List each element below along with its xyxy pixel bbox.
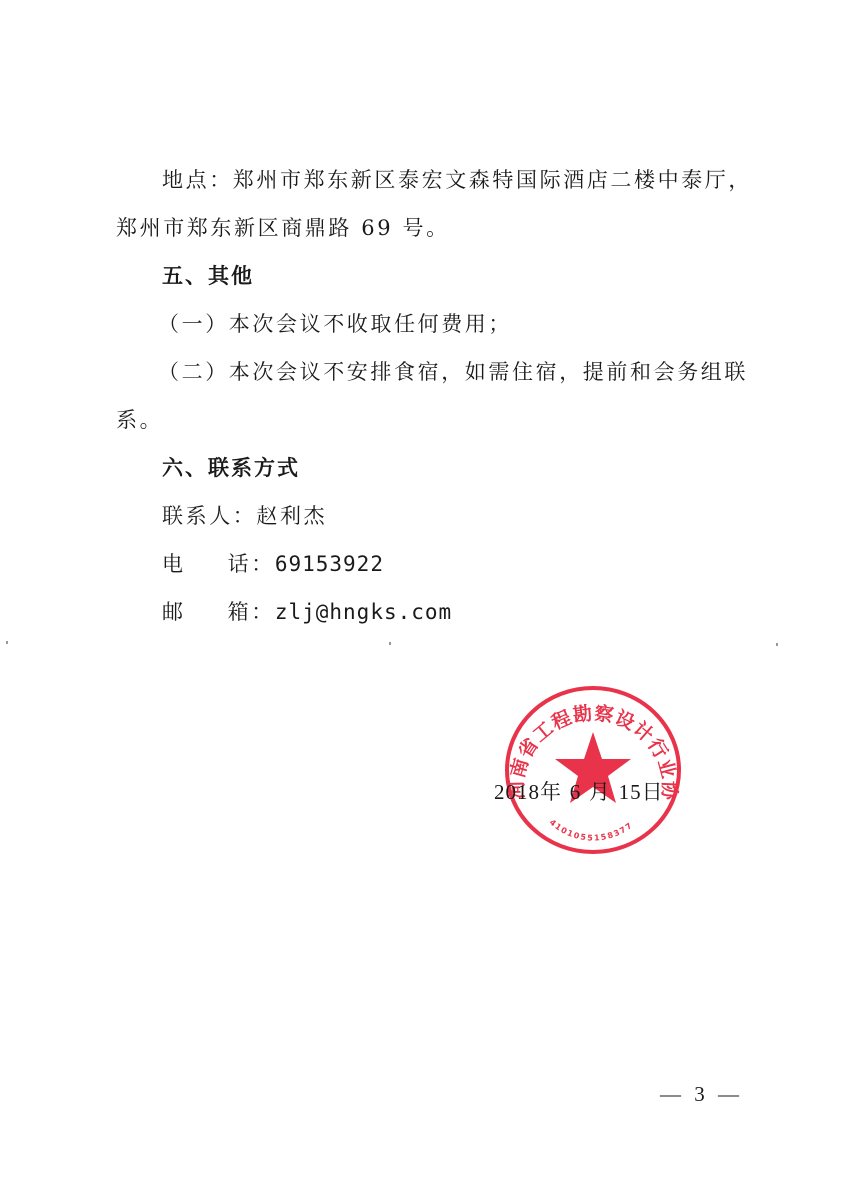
signature-date: 2018年 6 月 15日 bbox=[494, 776, 664, 806]
date-month-char: 月 bbox=[589, 780, 611, 804]
date-day: 15 bbox=[619, 780, 642, 804]
page-number: — 3 — bbox=[660, 1082, 743, 1107]
date-year: 2018 bbox=[494, 780, 540, 804]
scan-speck bbox=[389, 642, 391, 645]
section-5-item-2: （二）本次会议不安排食宿，如需住宿，提前和会务组联 bbox=[158, 362, 748, 383]
date-year-char: 年 bbox=[540, 780, 562, 804]
section-6-heading: 六、联系方式 bbox=[162, 458, 300, 479]
section-5-heading: 五、其他 bbox=[162, 266, 254, 287]
contact-name: 赵利杰 bbox=[256, 504, 327, 528]
location-line-2: 郑州市郑东新区商鼎路 69 号。 bbox=[116, 218, 450, 239]
email-line: 邮箱：zlj@hngks.com bbox=[162, 602, 452, 623]
location-line-1: 地点：郑州市郑东新区泰宏文森特国际酒店二楼中泰厅， bbox=[162, 170, 752, 191]
phone-label-a: 电 bbox=[162, 552, 186, 576]
contact-label: 联系人： bbox=[162, 504, 256, 528]
phone-number: 69153922 bbox=[275, 552, 384, 576]
phone-line: 电话：69153922 bbox=[162, 554, 384, 575]
contact-person-line: 联系人：赵利杰 bbox=[162, 506, 327, 527]
official-seal-icon: 河南省工程勘察设计行业协会 4101055158377 bbox=[503, 684, 683, 856]
email-label-a: 邮 bbox=[162, 600, 186, 624]
date-month: 6 bbox=[570, 780, 582, 804]
date-day-char: 日 bbox=[642, 780, 664, 804]
section-5-item-1: （一）本次会议不收取任何费用； bbox=[158, 314, 512, 335]
section-5-item-2-continuation: 系。 bbox=[116, 410, 163, 431]
scan-speck bbox=[6, 641, 8, 644]
email-address: zlj@hngks.com bbox=[275, 600, 452, 624]
phone-label-b: 话： bbox=[228, 552, 275, 576]
svg-text:4101055158377: 4101055158377 bbox=[548, 818, 635, 843]
email-label-b: 箱： bbox=[228, 600, 275, 624]
scan-speck bbox=[776, 643, 778, 646]
